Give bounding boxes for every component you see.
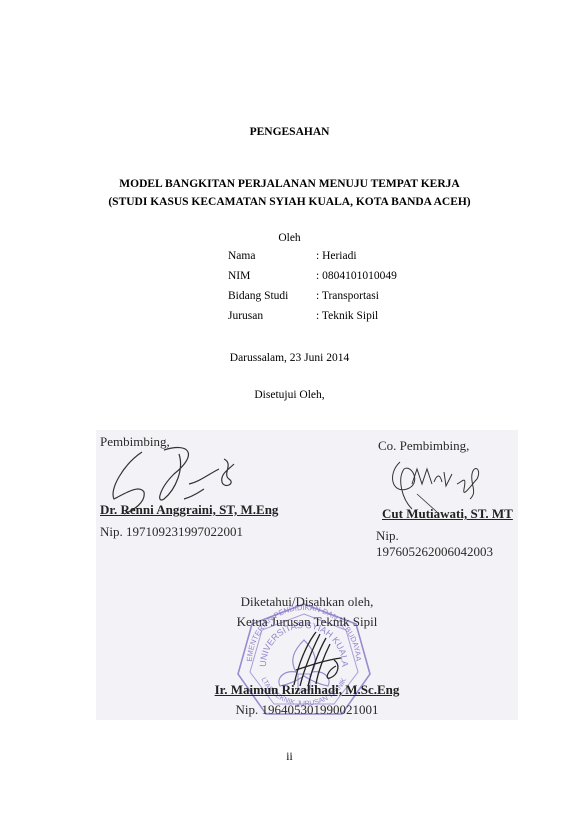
supervisor-name: Dr. Renni Anggraini, ST, M.Eng: [100, 502, 278, 518]
info-label: Bidang Studi: [228, 290, 316, 302]
info-value: : Transportasi: [316, 290, 379, 302]
thesis-title-line-2: (STUDI KASUS KECAMATAN SYIAH KUALA, KOTA…: [0, 196, 579, 208]
info-label: Jurusan: [228, 310, 316, 322]
info-label: Nama: [228, 250, 316, 262]
head-role-line-2: Ketua Jurusan Teknik Sipil: [96, 614, 518, 630]
author-info-row: Bidang Studi: Transportasi: [228, 290, 379, 302]
place-date: Darussalam, 23 Juni 2014: [0, 352, 579, 364]
author-info-row: Nama: Heriadi: [228, 250, 357, 262]
thesis-title-line-1: MODEL BANGKITAN PERJALANAN MENUJU TEMPAT…: [0, 178, 579, 190]
page-number: ii: [0, 751, 579, 763]
author-info-row: NIM: 0804101010049: [228, 270, 397, 282]
head-name: Ir. Maimun Rizalihadi, M.Sc.Eng: [96, 682, 518, 698]
supervisor-nip: Nip. 197109231997022001: [100, 524, 243, 540]
co-supervisor-role: Co. Pembimbing,: [378, 438, 469, 454]
info-value: : Teknik Sipil: [316, 310, 378, 322]
author-info-row: Jurusan: Teknik Sipil: [228, 310, 378, 322]
co-supervisor-name: Cut Mutiawati, ST. MT: [382, 506, 513, 522]
head-role-line-1: Diketahui/Disahkan oleh,: [96, 594, 518, 610]
head-nip: Nip. 196405301990021001: [96, 702, 518, 718]
info-value: : 0804101010049: [316, 270, 397, 282]
info-label: NIM: [228, 270, 316, 282]
co-supervisor-signature-icon: [382, 454, 492, 514]
page-heading: PENGESAHAN: [0, 126, 579, 138]
by-label: Oleh: [0, 232, 579, 244]
signature-scan: Pembimbing, Dr. Renni Anggraini, ST, M.E…: [96, 430, 518, 720]
info-value: : Heriadi: [316, 250, 357, 262]
approved-by-label: Disetujui Oleh,: [0, 389, 579, 401]
head-signature-icon: [286, 630, 346, 690]
co-supervisor-nip: Nip. 197605262006042003: [376, 528, 518, 560]
